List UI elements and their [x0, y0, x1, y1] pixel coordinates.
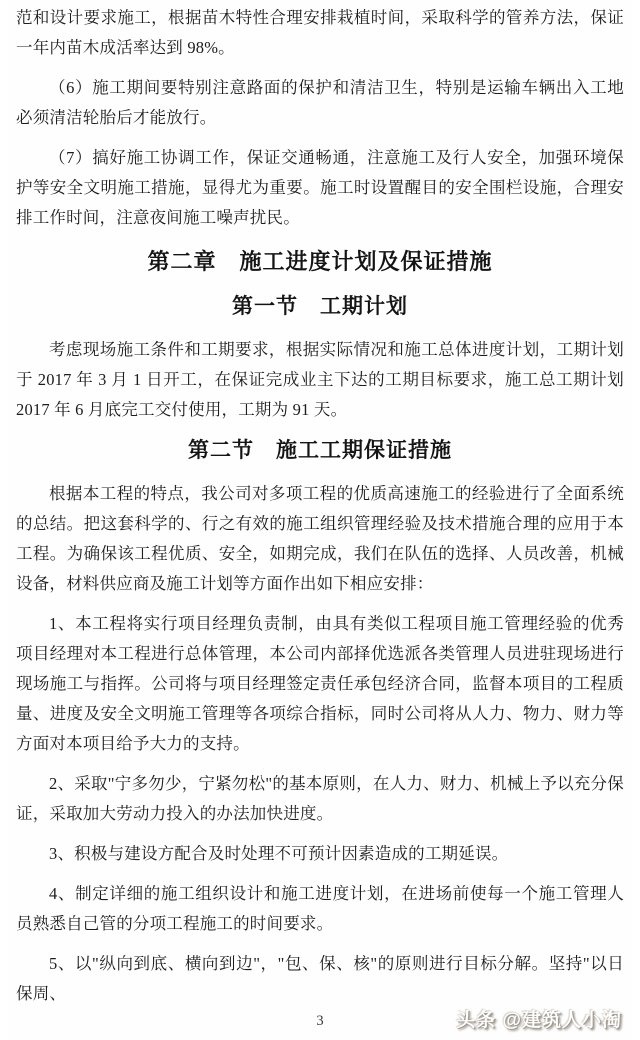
section-heading-2: 第二节 施工工期保证措施: [16, 437, 624, 465]
section-heading-1: 第一节 工期计划: [16, 293, 624, 321]
paragraph-measure-1: 1、本工程将实行项目经理负责制，由具有类似工程项目施工管理经验的优秀项目经理对本…: [16, 609, 624, 759]
paragraph-continuation: 范和设计要求施工，根据苗木特性合理安排栽植时间，采取科学的管养方法，保证一年内苗…: [16, 3, 624, 63]
paragraph-measure-4: 4、制定详细的施工组织设计和施工进度计划，在进场前使每一个施工管理人员熟悉自己管…: [16, 879, 624, 939]
paragraph-measure-3: 3、积极与建设方配合及时处理不可预计因素造成的工期延误。: [16, 839, 624, 869]
chapter-heading: 第二章 施工进度计划及保证措施: [16, 247, 624, 277]
document-page: 范和设计要求施工，根据苗木特性合理安排栽植时间，采取科学的管养方法，保证一年内苗…: [8, 0, 632, 1040]
paragraph-item-7: （7）搞好施工协调工作，保证交通畅通，注意施工及行人安全，加强环境保护等安全文明…: [16, 143, 624, 233]
paragraph-item-6: （6）施工期间要特别注意路面的保护和清洁卫生，特别是运输车辆出入工地必须清洁轮胎…: [16, 73, 624, 133]
watermark: 头条 @建筑人小淘: [456, 1005, 622, 1032]
page-footer: 3 头条 @建筑人小淘: [8, 998, 632, 1040]
paragraph-schedule-plan: 考虑现场施工条件和工期要求，根据实际情况和施工总体进度计划，工期计划于 2017…: [16, 335, 624, 425]
paragraph-guarantee-intro: 根据本工程的特点，我公司对多项工程的优质高速施工的经验进行了全面系统的总结。把这…: [16, 479, 624, 599]
paragraph-measure-2: 2、采取"宁多勿少，宁紧勿松"的基本原则，在人力、财力、机械上予以充分保证，采取…: [16, 769, 624, 829]
